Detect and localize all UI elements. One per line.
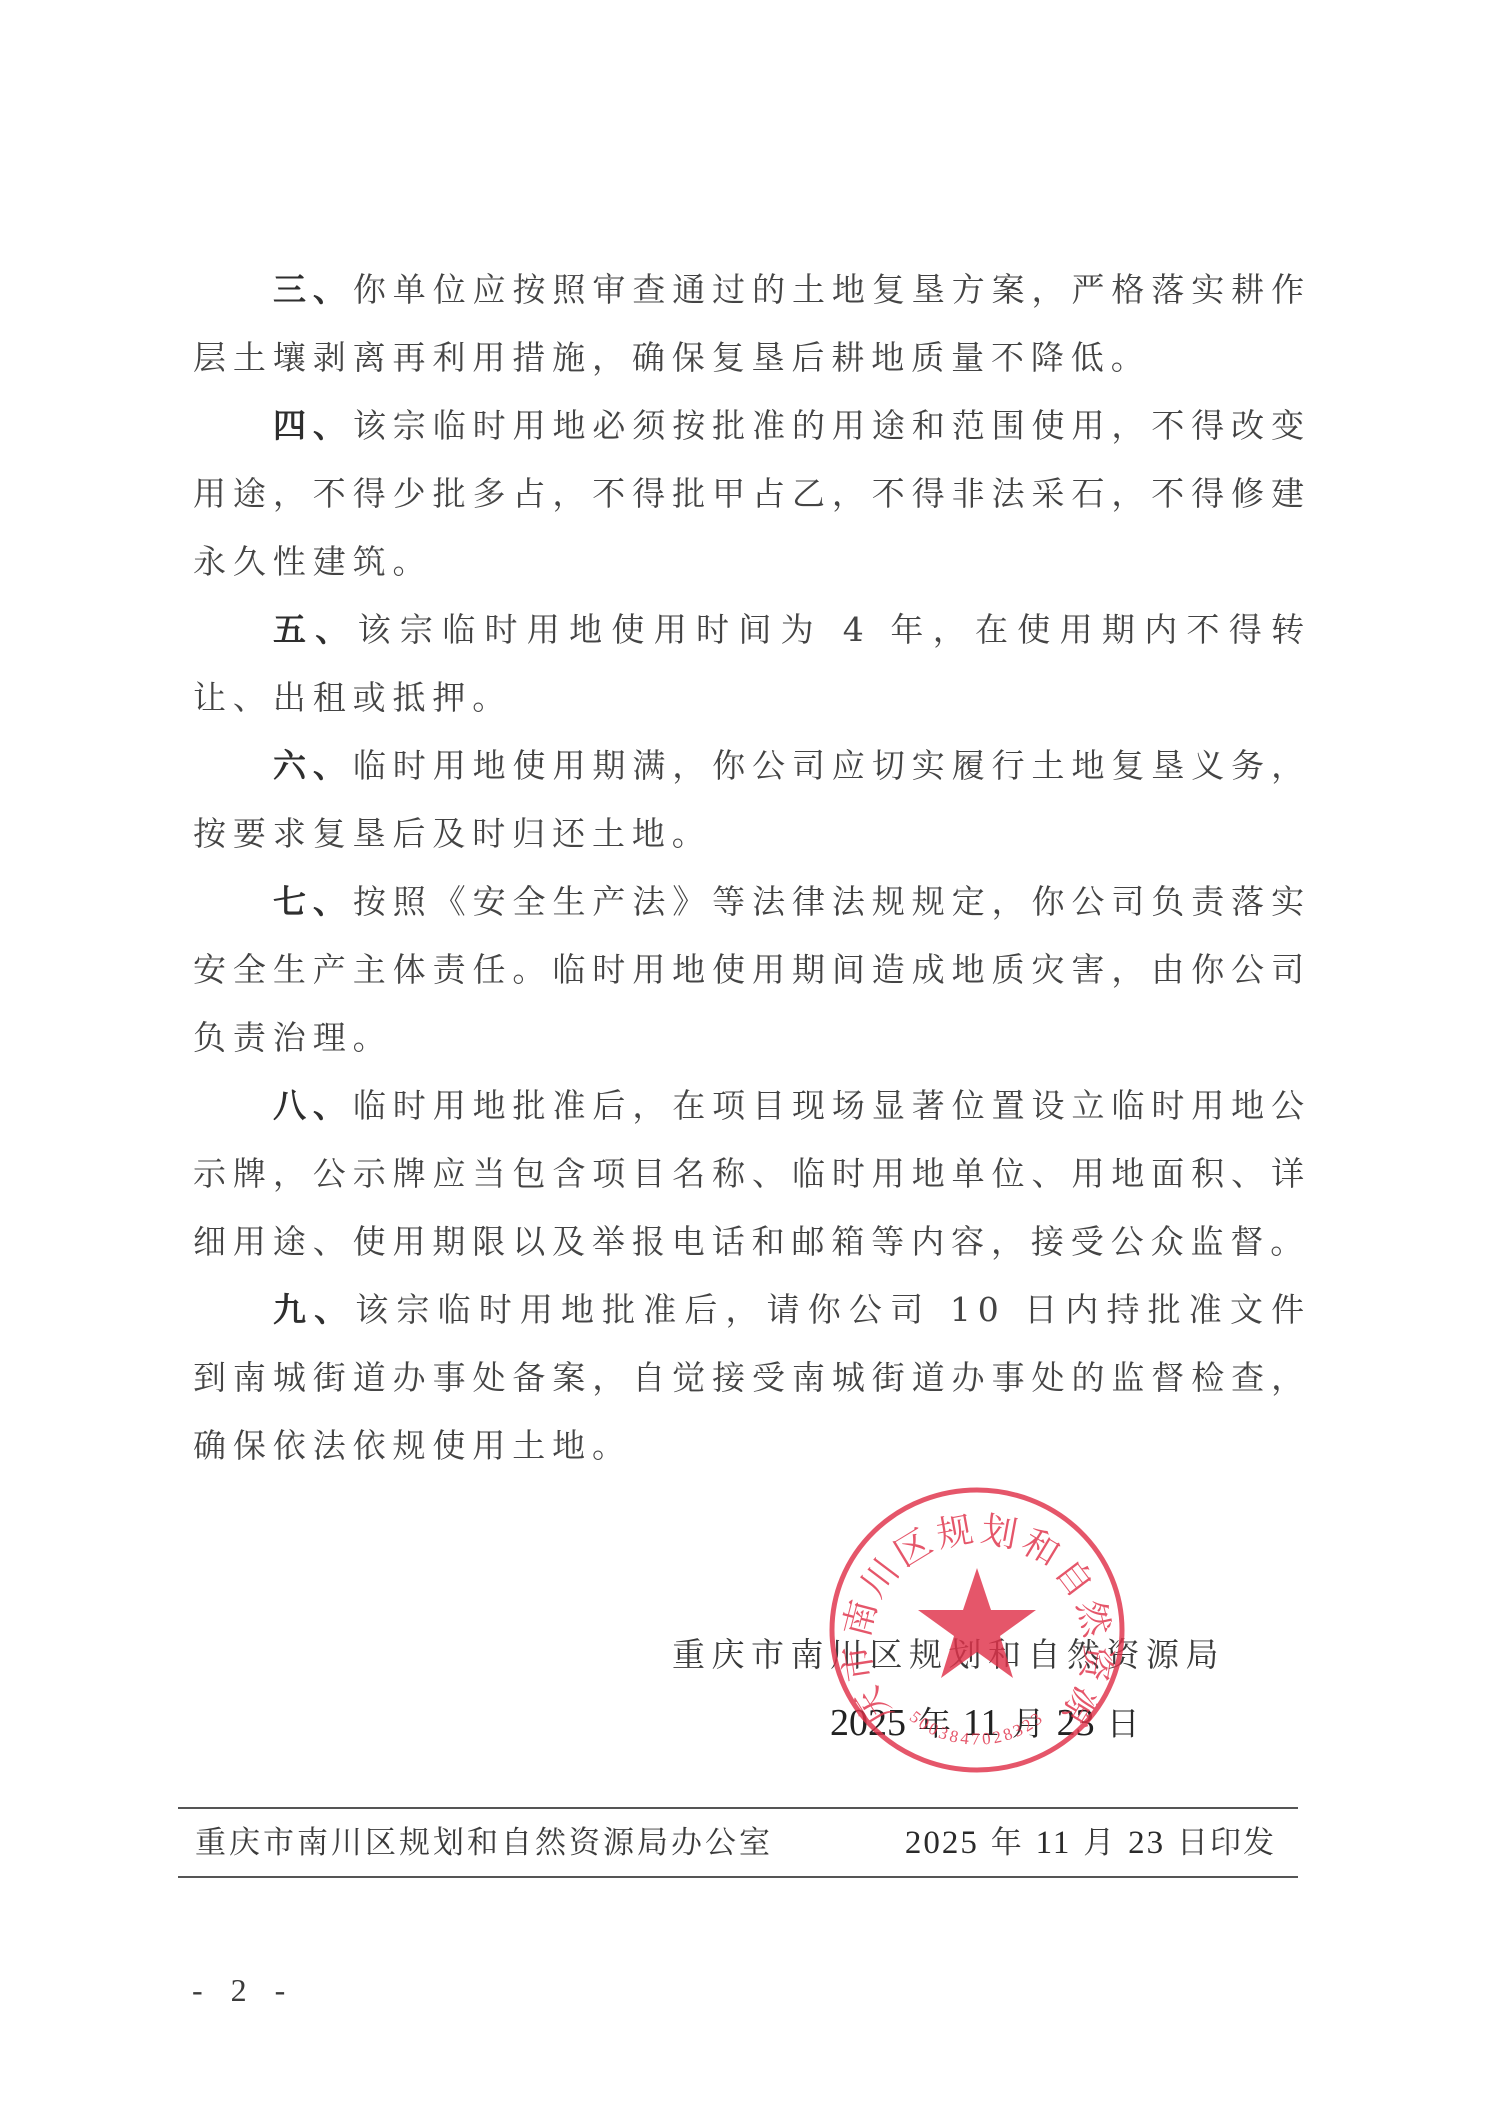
document-page: 三、你单位应按照审查通过的土地复垦方案，严格落实耕作层土壤剥离再利用措施，确保复… xyxy=(0,0,1488,2104)
footer-day-unit: 日印发 xyxy=(1177,1825,1276,1861)
paragraph-text: 临时用地使用期满，你公司应切实履行土地复垦义务，按要求复垦后及时归还土地。 xyxy=(193,746,1311,853)
paragraph-5: 五、该宗临时用地使用时间为 4 年，在使用期内不得转让、出租或抵押。 xyxy=(193,596,1311,732)
date-year-unit: 年 xyxy=(918,1704,951,1743)
footer-day: 23 xyxy=(1128,1825,1165,1861)
document-body: 三、你单位应按照审查通过的土地复垦方案，严格落实耕作层土壤剥离再利用措施，确保复… xyxy=(193,256,1311,1480)
paragraph-text: 按照《安全生产法》等法律法规规定，你公司负责落实安全生产主体责任。临时用地使用期… xyxy=(193,882,1311,1057)
paragraph-9: 九、该宗临时用地批准后，请你公司 10 日内持批准文件到南城街道办事处备案，自觉… xyxy=(193,1276,1311,1480)
signature-date: 2025年11月23日 xyxy=(830,1698,1152,1749)
paragraph-text: 该宗临时用地使用时间为 4 年，在使用期内不得转让、出租或抵押。 xyxy=(193,610,1311,717)
item-number: 七、 xyxy=(273,882,353,921)
paragraph-8: 八、临时用地批准后，在项目现场显著位置设立临时用地公示牌，公示牌应当包含项目名称… xyxy=(193,1072,1311,1276)
paragraph-text: 你单位应按照审查通过的土地复垦方案，严格落实耕作层土壤剥离再利用措施，确保复垦后… xyxy=(193,270,1311,377)
paragraph-3: 三、你单位应按照审查通过的土地复垦方案，严格落实耕作层土壤剥离再利用措施，确保复… xyxy=(193,256,1311,392)
footer-issuer: 重庆市南川区规划和自然资源局办公室 xyxy=(195,1820,773,1866)
footer-year: 2025 xyxy=(905,1825,979,1861)
date-month: 11 xyxy=(963,1702,1000,1744)
footer-month: 11 xyxy=(1036,1825,1072,1861)
item-number: 六、 xyxy=(273,746,353,785)
date-day-unit: 日 xyxy=(1107,1704,1140,1743)
paragraph-text: 该宗临时用地批准后，请你公司 10 日内持批准文件到南城街道办事处备案，自觉接受… xyxy=(193,1290,1311,1465)
item-number: 九、 xyxy=(273,1290,355,1329)
date-year: 2025 xyxy=(830,1702,906,1744)
date-day: 23 xyxy=(1057,1702,1095,1744)
footer-year-unit: 年 xyxy=(991,1825,1024,1861)
paragraph-text: 该宗临时用地必须按批准的用途和范围使用，不得改变用途，不得少批多占，不得批甲占乙… xyxy=(193,406,1311,581)
signature-organization: 重庆市南川区规划和自然资源局 xyxy=(672,1630,1232,1680)
date-month-unit: 月 xyxy=(1012,1704,1045,1743)
footer-bottom-rule xyxy=(178,1876,1298,1878)
item-number: 八、 xyxy=(273,1086,353,1125)
paragraph-4: 四、该宗临时用地必须按批准的用途和范围使用，不得改变用途，不得少批多占，不得批甲… xyxy=(193,392,1311,596)
footer-print-date: 2025 年 11 月 23 日印发 xyxy=(905,1820,1276,1866)
paragraph-6: 六、临时用地使用期满，你公司应切实履行土地复垦义务，按要求复垦后及时归还土地。 xyxy=(193,732,1311,868)
footer-top-rule xyxy=(178,1807,1298,1809)
paragraph-text: 临时用地批准后，在项目现场显著位置设立临时用地公示牌，公示牌应当包含项目名称、临… xyxy=(193,1086,1311,1261)
footer-month-unit: 月 xyxy=(1083,1825,1116,1861)
paragraph-7: 七、按照《安全生产法》等法律法规规定，你公司负责落实安全生产主体责任。临时用地使… xyxy=(193,868,1311,1072)
item-number: 三、 xyxy=(273,270,353,309)
seal-ring-text: 重庆市南川区规划和自然资源局 xyxy=(828,1486,1118,1732)
item-number: 五、 xyxy=(273,610,358,649)
item-number: 四、 xyxy=(273,406,353,445)
page-number: - 2 - xyxy=(192,1968,295,2012)
